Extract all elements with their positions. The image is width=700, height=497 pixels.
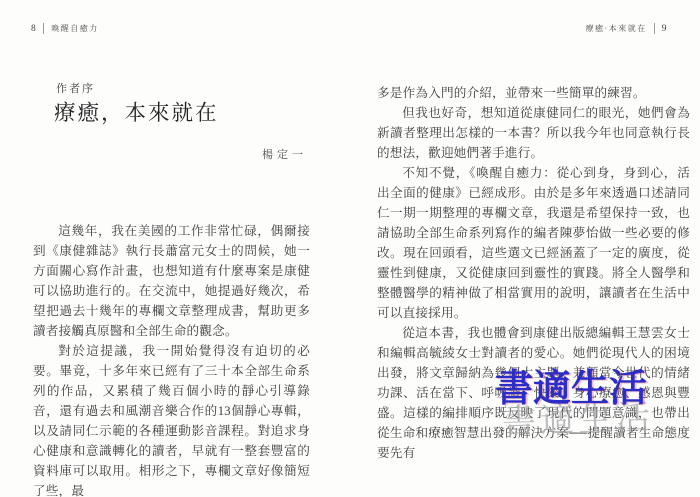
left-running-header: 8 喚醒自癒力 xyxy=(31,23,99,34)
right-running-title: 療癒·本來就在 xyxy=(586,23,647,34)
paragraph: 多是作為入門的介紹，並帶來一些簡單的練習。 xyxy=(377,83,690,103)
preface-title: 療癒，本來就在 xyxy=(54,96,219,127)
header-divider xyxy=(43,23,44,34)
right-page-number: 9 xyxy=(662,24,667,34)
left-running-title: 喚醒自癒力 xyxy=(51,23,99,34)
paragraph: 這幾年，我在美國的工作非常忙碌，偶爾接到《康健雜誌》執行長蕭富元女士的問候，她一… xyxy=(33,221,310,341)
paragraph: 不知不覺，《喚醒自癒力：從心到身，身到心，活出全面的健康》已經成形。由於是多年來… xyxy=(377,163,690,323)
right-running-header: 療癒·本來就在 9 xyxy=(586,23,667,34)
paragraph: 但我也好奇，想知道從康健同仁的眼光，她們會為新讀者整理出怎樣的一本書？所以我今年… xyxy=(377,103,690,163)
author-name: 楊定一 xyxy=(54,146,307,162)
header-divider xyxy=(654,23,655,34)
paragraph: 從這本書，我也體會到康健出版總編輯王慧雲女士和編輯高毓綾女士對讀者的愛心。她們從… xyxy=(377,323,690,463)
preface-label: 作者序 xyxy=(56,80,95,96)
left-page-body: 這幾年，我在美國的工作非常忙碌，偶爾接到《康健雜誌》執行長蕭富元女士的問候，她一… xyxy=(33,221,310,497)
book-spread: 8 喚醒自癒力 療癒·本來就在 9 作者序 療癒，本來就在 楊定一 這幾年，我在… xyxy=(0,0,700,497)
left-page-number: 8 xyxy=(31,24,36,34)
paragraph: 對於這提議，我一開始覺得沒有迫切的必要。畢竟，十多年來已經有了三十本全部生命系列… xyxy=(33,341,310,497)
right-page-body: 多是作為入門的介紹，並帶來一些簡單的練習。 但我也好奇，想知道從康健同仁的眼光，… xyxy=(377,83,690,463)
